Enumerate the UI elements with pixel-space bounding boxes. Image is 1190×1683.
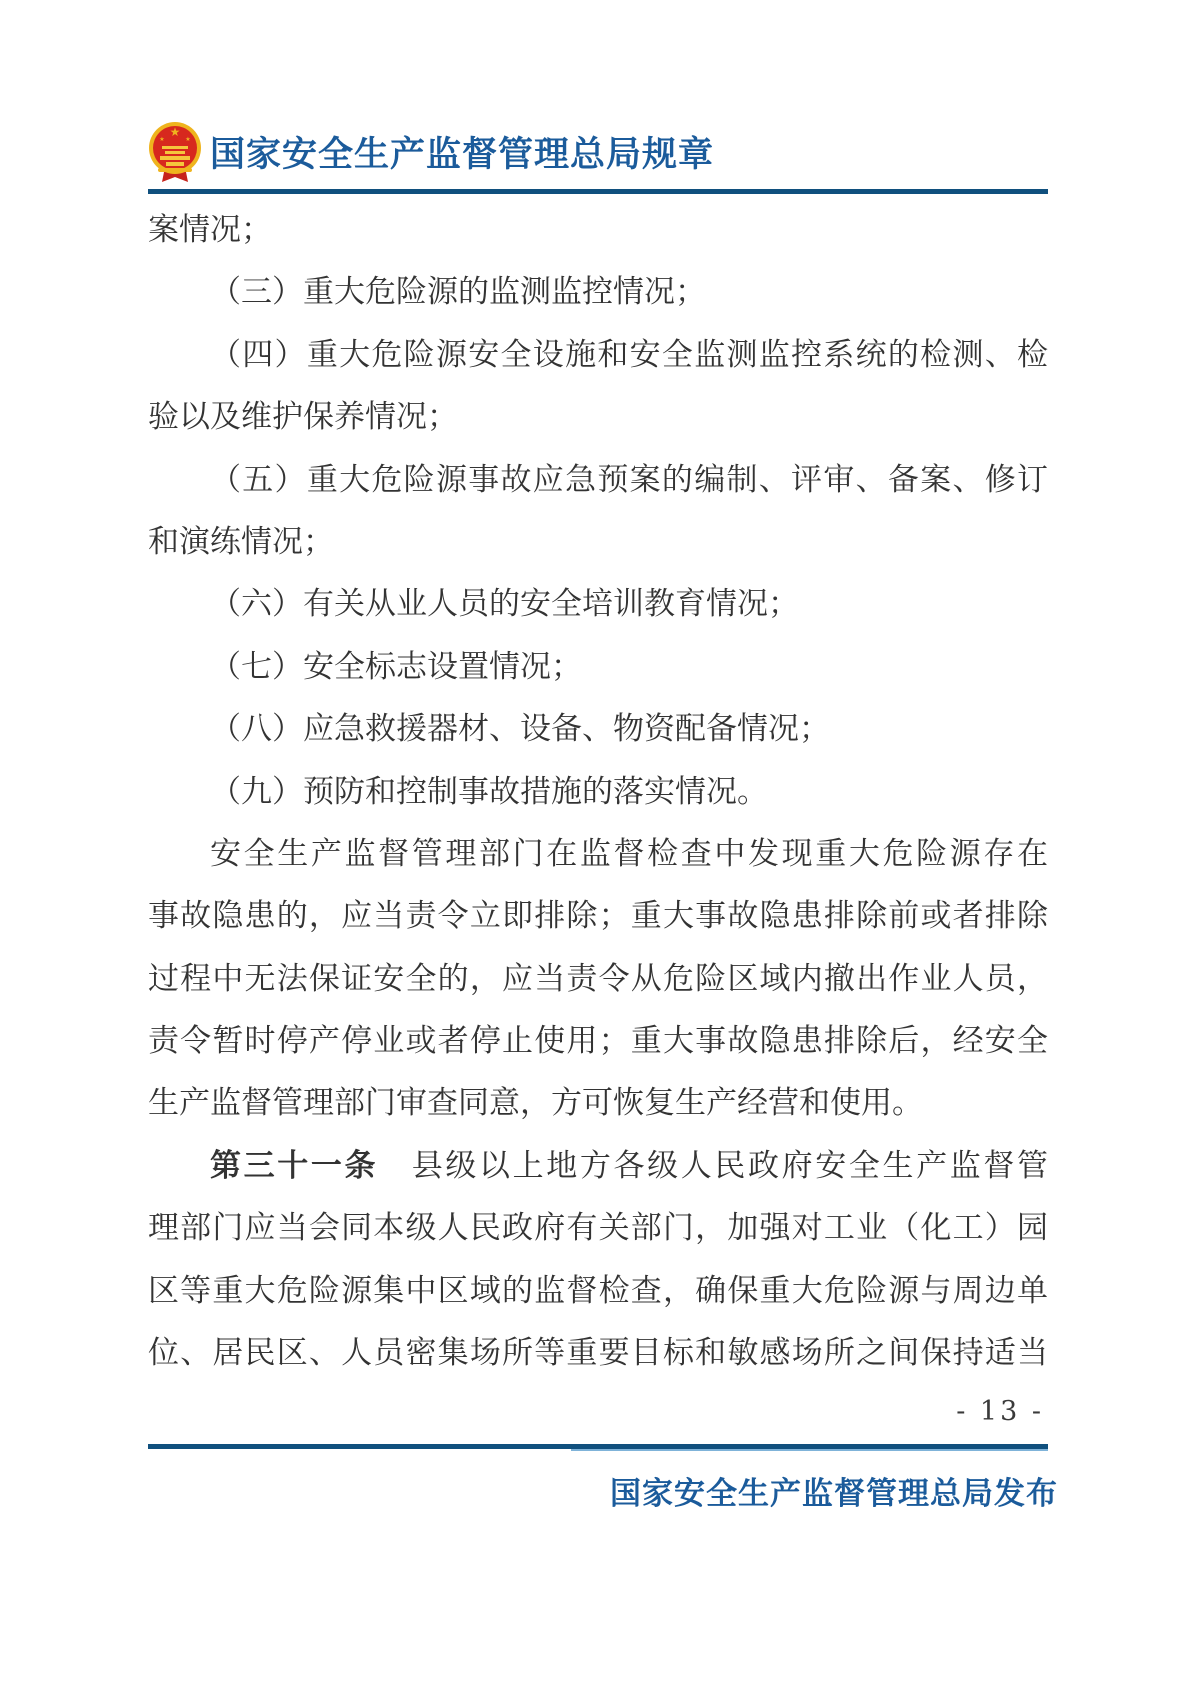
document-body: 案情况；（三）重大危险源的监测监控情况；（四）重大危险源安全设施和安全监测监控系… <box>148 199 1048 1384</box>
text-line: 区等重大危险源集中区域的监督检查，确保重大危险源与周边单 <box>148 1260 1048 1322</box>
text-line: 过程中无法保证安全的，应当责令从危险区域内撤出作业人员， <box>148 948 1048 1010</box>
text-line: 验以及维护保养情况； <box>148 386 1048 448</box>
article-number: 第三十一条 <box>210 1148 378 1183</box>
page-number: - 13 - <box>148 1396 1044 1427</box>
document-header: ★ ★ ★ 国家安全生产监督管理总局规章 <box>148 118 1048 186</box>
header-divider <box>148 189 1048 194</box>
svg-text:★: ★ <box>185 136 190 143</box>
text-line: 案情况； <box>148 199 1048 261</box>
text-line: （八）应急救援器材、设备、物资配备情况； <box>148 698 1048 760</box>
text-line: 位、居民区、人员密集场所等重要目标和敏感场所之间保持适当 <box>148 1322 1048 1384</box>
document-page: ★ ★ ★ 国家安全生产监督管理总局规章 案情况；（三）重大危险源的监测监控情况… <box>0 0 1190 1683</box>
text-line: （四）重大危险源安全设施和安全监测监控系统的检测、检 <box>148 324 1048 386</box>
publisher-line: 国家安全生产监督管理总局发布 <box>148 1468 1058 1513</box>
svg-text:★: ★ <box>170 125 181 139</box>
text-line: 事故隐患的，应当责令立即排除；重大事故隐患排除前或者排除 <box>148 885 1048 947</box>
text-line: 第三十一条 县级以上地方各级人民政府安全生产监督管 <box>148 1135 1048 1197</box>
text-line: 安全生产监督管理部门在监督检查中发现重大危险源存在 <box>148 823 1048 885</box>
text-line: （六）有关从业人员的安全培训教育情况； <box>148 573 1048 635</box>
text-line: （三）重大危险源的监测监控情况； <box>148 261 1048 323</box>
text-line: 责令暂时停产停业或者停止使用；重大事故隐患排除后，经安全 <box>148 1010 1048 1072</box>
text-line: 理部门应当会同本级人民政府有关部门，加强对工业（化工）园 <box>148 1197 1048 1259</box>
svg-text:★: ★ <box>159 136 164 143</box>
text-line: （七）安全标志设置情况； <box>148 636 1048 698</box>
text-line: 生产监督管理部门审查同意，方可恢复生产经营和使用。 <box>148 1072 1048 1134</box>
text-line: 和演练情况； <box>148 511 1048 573</box>
footer-divider <box>148 1444 1048 1449</box>
national-emblem-icon: ★ ★ ★ <box>148 119 202 185</box>
document-header-title: 国家安全生产监督管理总局规章 <box>210 127 714 177</box>
text-line: （九）预防和控制事故措施的落实情况。 <box>148 761 1048 823</box>
text-line: （五）重大危险源事故应急预案的编制、评审、备案、修订 <box>148 449 1048 511</box>
